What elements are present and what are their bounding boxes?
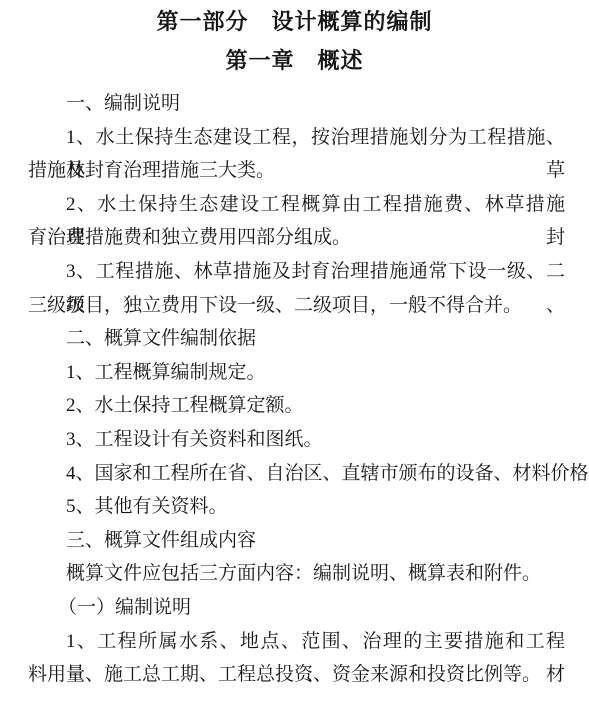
document-page: 第一部分 设计概算的编制 第一章 概述 一、编制说明 1、水土保持生态建设工程，…	[0, 0, 589, 707]
text-line: 1、水土保持生态建设工程，按治理措施划分为工程措施、林草	[28, 121, 565, 155]
text-line: 概算文件应包括三方面内容：编制说明、概算表和附件。	[28, 557, 565, 591]
text-line: 1、工程概算编制规定。	[28, 356, 565, 390]
text-line: 2、水土保持生态建设工程概算由工程措施费、林草措施费、封	[28, 188, 565, 222]
chapter-title: 第一章 概述	[0, 48, 589, 74]
text-line: 2、水土保持工程概算定额。	[28, 389, 565, 423]
text-line: 5、其他有关资料。	[28, 490, 565, 524]
text-line-heading-2: 二、概算文件编制依据	[28, 322, 565, 356]
text-line-subheading: （一）编制说明	[28, 591, 565, 625]
text-line: 三级项目，独立费用下设一级、二级项目，一般不得合并。	[28, 289, 565, 323]
text-line-heading-3: 三、概算文件组成内容	[28, 524, 565, 558]
part-title: 第一部分 设计概算的编制	[0, 0, 589, 35]
text-line: 4、国家和工程所在省、自治区、直辖市颁布的设备、材料价格。	[28, 457, 565, 491]
text-line: 1、工程所属水系、地点、范围、治理的主要措施和工程量、材	[28, 625, 565, 659]
text-line: 料用量、施工总工期、工程总投资、资金来源和投资比例等。	[28, 658, 565, 692]
document-body: 一、编制说明 1、水土保持生态建设工程，按治理措施划分为工程措施、林草 措施及封…	[0, 87, 589, 692]
text-line-heading-1: 一、编制说明	[28, 87, 565, 121]
text-line: 3、工程设计有关资料和图纸。	[28, 423, 565, 457]
text-line: 3、工程措施、林草措施及封育治理措施通常下设一级、二级、	[28, 255, 565, 289]
